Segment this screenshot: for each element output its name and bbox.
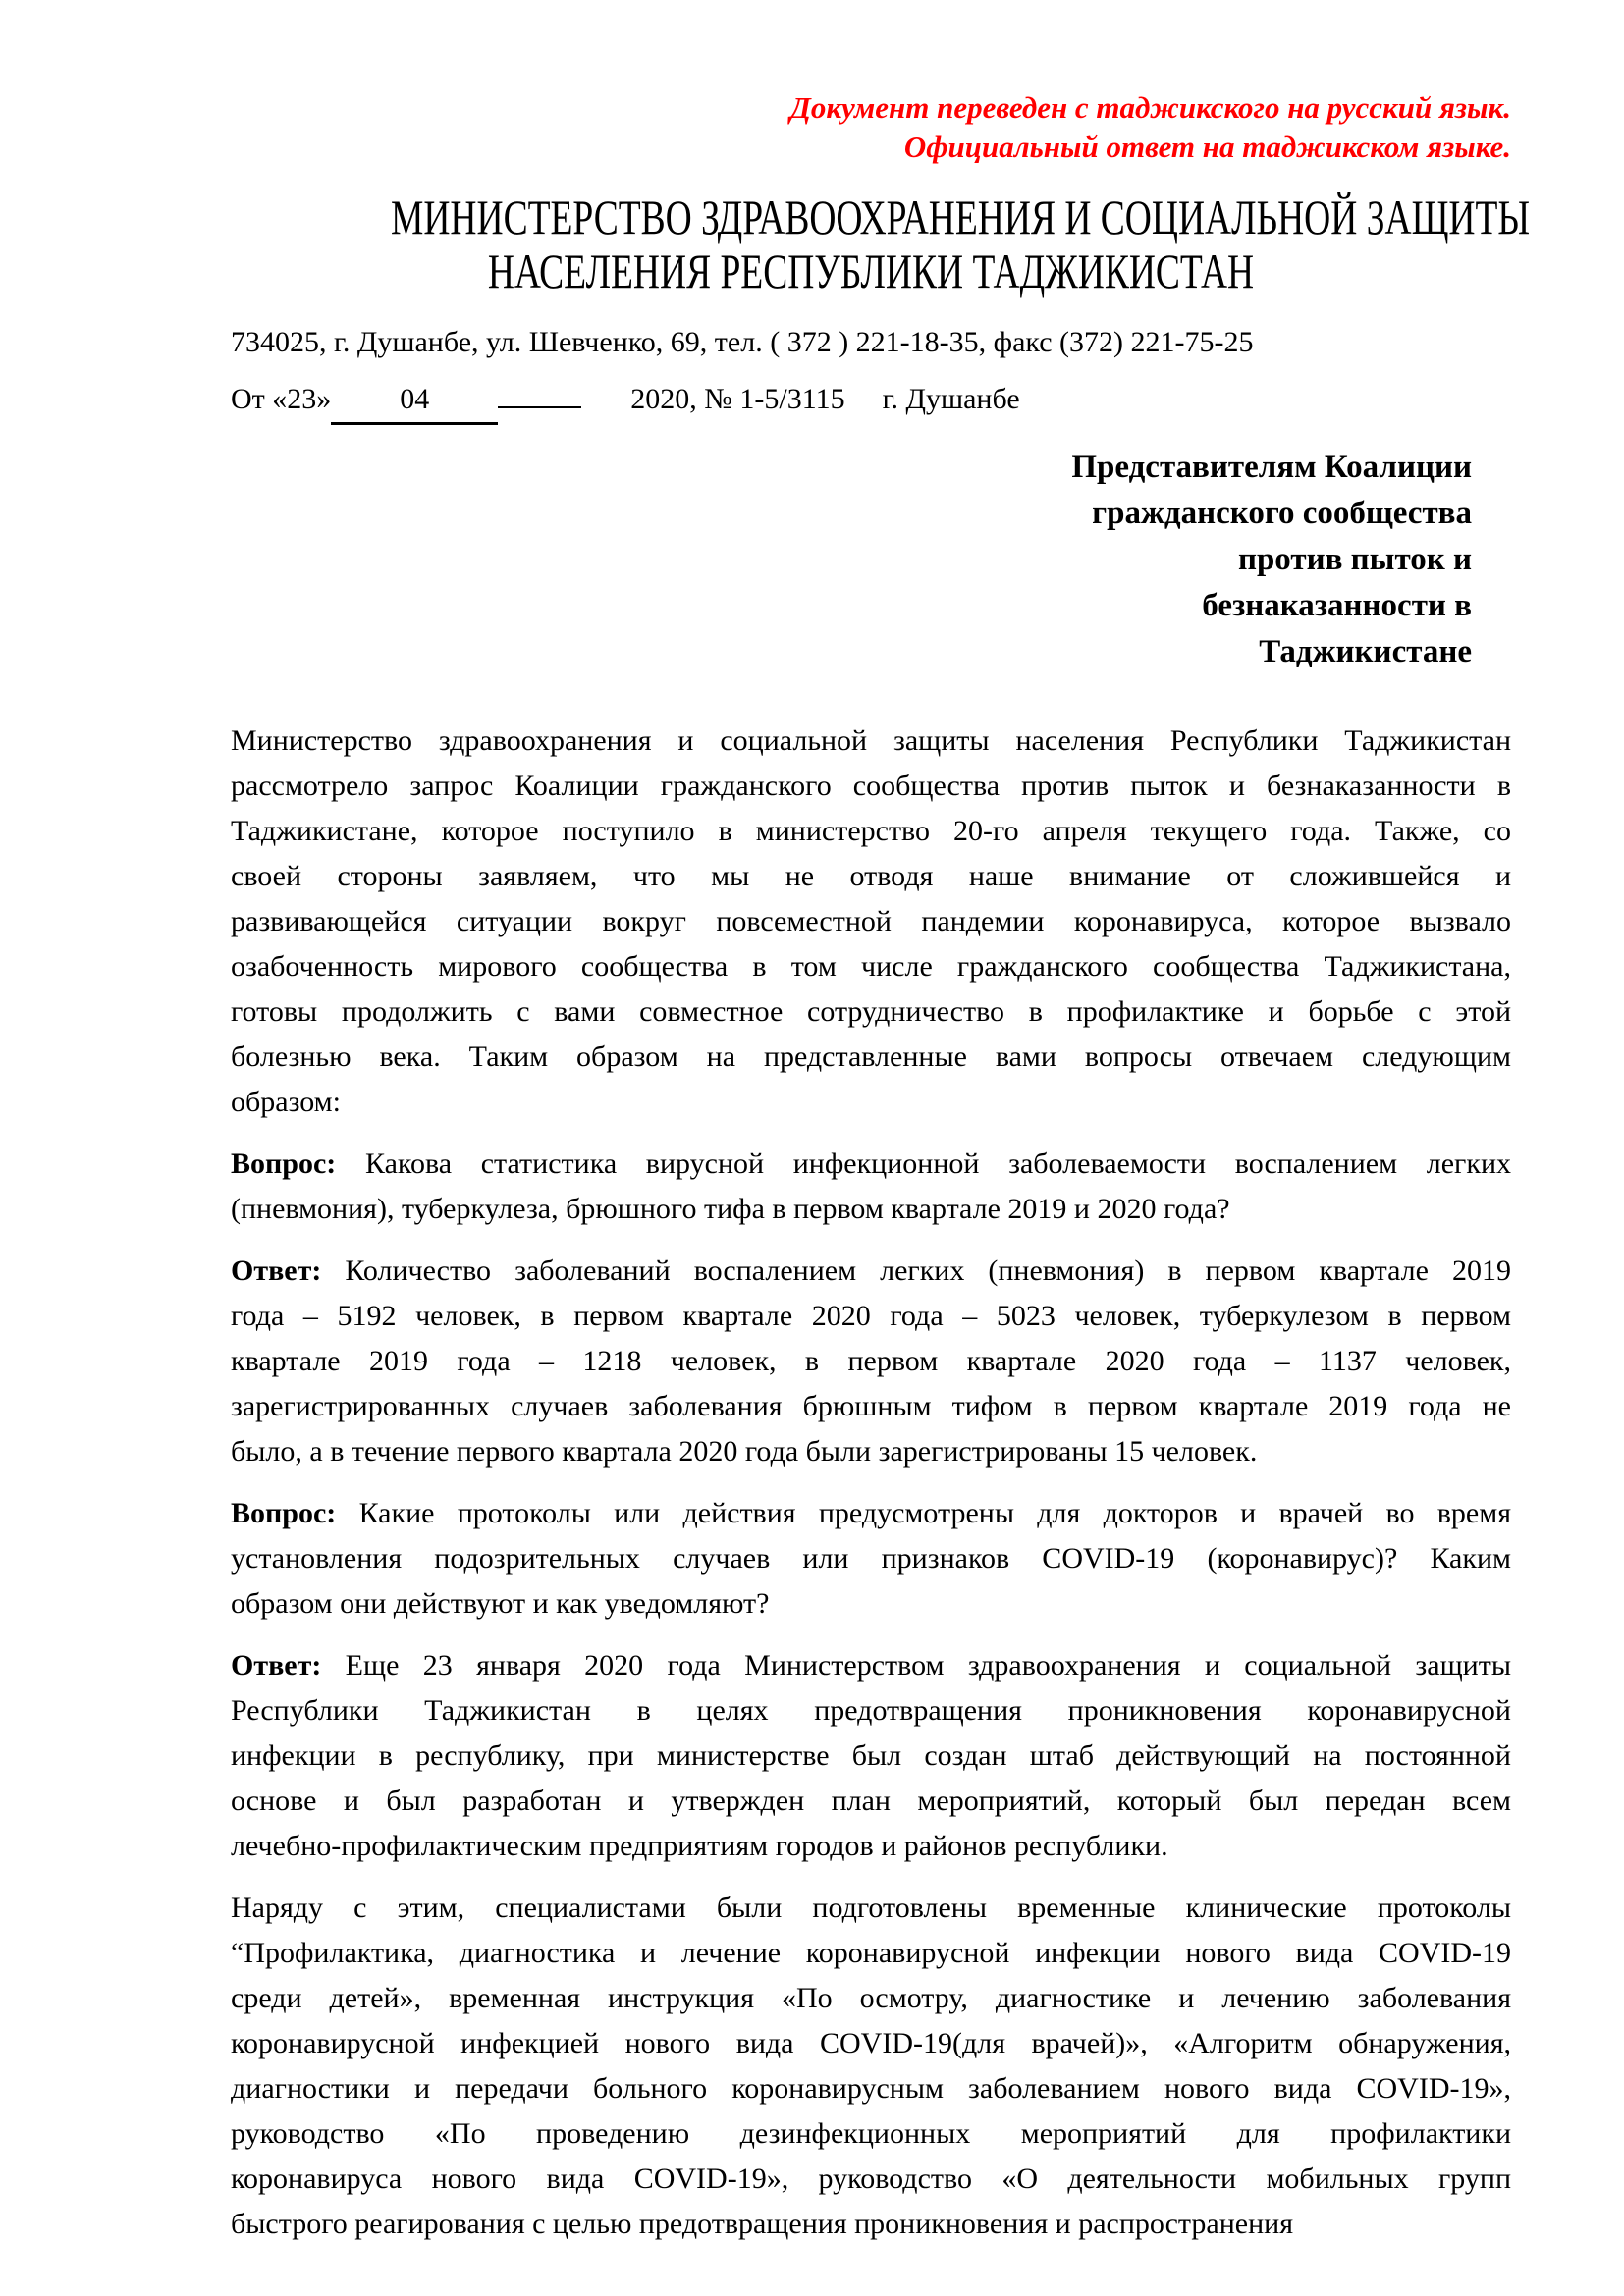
paragraph-line: образом они действуют и как уведомляют? bbox=[231, 1581, 1511, 1627]
paragraph-line: установления подозрительных случаев или … bbox=[231, 1536, 1511, 1581]
paragraph-line: лечебно-профилактическим предприятиям го… bbox=[231, 1824, 1511, 1869]
page-content: Документ переведен с таджикского на русс… bbox=[0, 0, 1624, 2247]
paragraph-line: основе и был разработан и утвержден план… bbox=[231, 1779, 1511, 1824]
date-filled-blank: 04 bbox=[331, 377, 498, 425]
paragraph-line: Вопрос: Какова статистика вирусной инфек… bbox=[231, 1142, 1511, 1187]
address-line: 734025, г. Душанбе, ул. Шевченко, 69, те… bbox=[231, 322, 1511, 363]
paragraph-line: Таджикистане, которое поступило в минист… bbox=[231, 809, 1511, 854]
paragraph-line: развивающейся ситуации вокруг повсеместн… bbox=[231, 899, 1511, 944]
translation-note-line: Официальный ответ на таджикском языке. bbox=[231, 128, 1511, 167]
paragraph-line: (пневмония), туберкулеза, брюшного тифа … bbox=[231, 1187, 1511, 1232]
paragraph-line: коронавирусной инфекцией нового вида COV… bbox=[231, 2021, 1511, 2066]
paragraph: Ответ: Количество заболеваний воспаление… bbox=[231, 1249, 1511, 1474]
paragraph-line: готовы продолжить с вами совместное сотр… bbox=[231, 989, 1511, 1035]
date-blank-line bbox=[498, 406, 581, 408]
recipient-line: гражданского сообщества bbox=[231, 491, 1472, 537]
paragraph-label: Вопрос: bbox=[231, 1497, 336, 1529]
paragraph-line: своей стороны заявляем, что мы не отводя… bbox=[231, 854, 1511, 899]
paragraph-line: болезнью века. Таким образом на представ… bbox=[231, 1035, 1511, 1080]
paragraph-line: Министерство здравоохранения и социально… bbox=[231, 719, 1511, 764]
ministry-title-line: МИНИСТЕРСТВО ЗДРАВООХРАНЕНИЯ И СОЦИАЛЬНО… bbox=[391, 190, 1351, 244]
paragraph-line: озабоченность мирового сообщества в том … bbox=[231, 944, 1511, 989]
ministry-title: МИНИСТЕРСТВО ЗДРАВООХРАНЕНИЯ И СОЦИАЛЬНО… bbox=[231, 190, 1511, 298]
date-filled-value: 04 bbox=[400, 383, 429, 415]
recipient-block: Представителям Коалициигражданского сооб… bbox=[231, 445, 1472, 675]
paragraph-line: Вопрос: Какие протоколы или действия пре… bbox=[231, 1491, 1511, 1536]
paragraph-line: зарегистрированных случаев заболевания б… bbox=[231, 1384, 1511, 1429]
paragraph-line: было, а в течение первого квартала 2020 … bbox=[231, 1429, 1511, 1474]
ministry-title-line: НАСЕЛЕНИЯ РЕСПУБЛИКИ ТАДЖИКИСТАН bbox=[391, 244, 1351, 298]
paragraph-line: Наряду с этим, специалистами были подгот… bbox=[231, 1886, 1511, 1931]
paragraph-label: Вопрос: bbox=[231, 1148, 336, 1180]
paragraph-line: Ответ: Еще 23 января 2020 года Министерс… bbox=[231, 1643, 1511, 1688]
paragraph-line: образом: bbox=[231, 1080, 1511, 1125]
paragraph-label: Ответ: bbox=[231, 1649, 321, 1682]
paragraph-line: Республики Таджикистан в целях предотвра… bbox=[231, 1688, 1511, 1734]
document-body: Министерство здравоохранения и социально… bbox=[231, 719, 1511, 2247]
paragraph: Вопрос: Какова статистика вирусной инфек… bbox=[231, 1142, 1511, 1232]
recipient-line: безнаказанности в bbox=[231, 583, 1472, 629]
paragraph-line: квартале 2019 года – 1218 человек, в пер… bbox=[231, 1339, 1511, 1384]
date-number: 2020, № 1-5/3115 bbox=[630, 383, 844, 415]
paragraph-line: “Профилактика, диагностика и лечение кор… bbox=[231, 1931, 1511, 1976]
recipient-line: Таджикистане bbox=[231, 629, 1472, 675]
paragraph-line: среди детей», временная инструкция «По о… bbox=[231, 1976, 1511, 2021]
paragraph-line: года – 5192 человек, в первом квартале 2… bbox=[231, 1294, 1511, 1339]
paragraph: Ответ: Еще 23 января 2020 года Министерс… bbox=[231, 1643, 1511, 1869]
recipient-line: Представителям Коалиции bbox=[231, 445, 1472, 491]
paragraph-label: Ответ: bbox=[231, 1255, 321, 1287]
paragraph-line: руководство «По проведению дезинфекционн… bbox=[231, 2111, 1511, 2157]
date-prefix: От «23» bbox=[231, 383, 331, 415]
date-line: От «23»042020, № 1-5/3115г. Душанбе bbox=[231, 377, 1511, 425]
paragraph-line: инфекции в республику, при министерстве … bbox=[231, 1734, 1511, 1779]
translation-note: Документ переведен с таджикского на русс… bbox=[231, 0, 1511, 167]
paragraph-line: быстрого реагирования с целью предотвращ… bbox=[231, 2202, 1511, 2247]
date-place: г. Душанбе bbox=[883, 383, 1020, 415]
scanned-letter-page: Документ переведен с таджикского на русс… bbox=[0, 0, 1624, 2296]
paragraph-line: диагностики и передачи больного коронави… bbox=[231, 2066, 1511, 2111]
paragraph: Министерство здравоохранения и социально… bbox=[231, 719, 1511, 1125]
paragraph: Наряду с этим, специалистами были подгот… bbox=[231, 1886, 1511, 2247]
address-text: 734025, г. Душанбе, ул. Шевченко, 69, те… bbox=[231, 326, 1254, 358]
paragraph-line: Ответ: Количество заболеваний воспаление… bbox=[231, 1249, 1511, 1294]
recipient-line: против пыток и bbox=[231, 537, 1472, 583]
paragraph-line: рассмотрело запрос Коалиции гражданского… bbox=[231, 764, 1511, 809]
translation-note-line: Документ переведен с таджикского на русс… bbox=[231, 88, 1511, 128]
paragraph-line: коронавируса нового вида COVID-19», руко… bbox=[231, 2157, 1511, 2202]
paragraph: Вопрос: Какие протоколы или действия пре… bbox=[231, 1491, 1511, 1627]
